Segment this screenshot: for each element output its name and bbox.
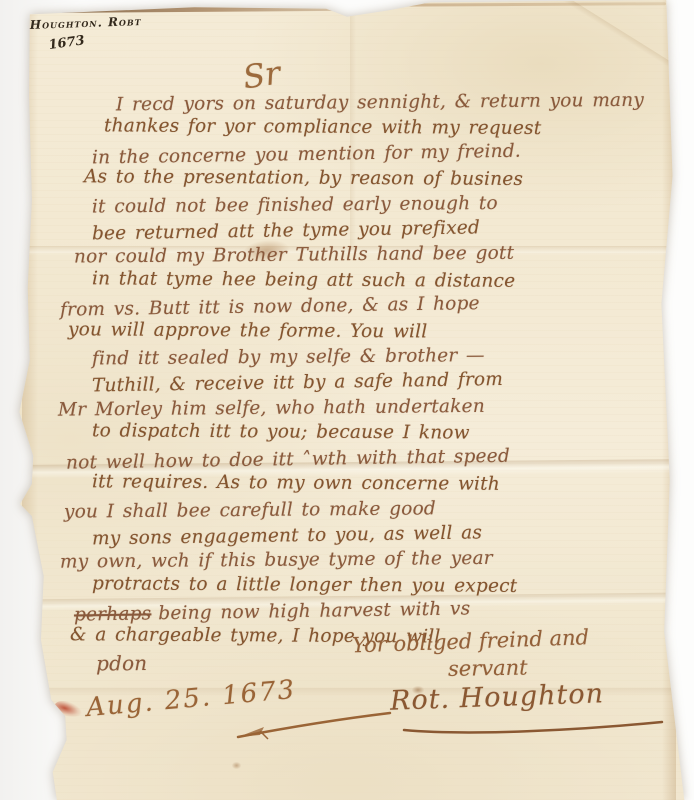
signature: Rot. Houghton bbox=[390, 676, 663, 716]
torn-top-edge-dark bbox=[26, 6, 338, 13]
closing-line-1: Yor obliged freind and bbox=[352, 623, 663, 658]
letter-line-rest: being now high harvest with vs bbox=[158, 598, 470, 624]
letter-body: I recd yors on saturday sennight, & retu… bbox=[58, 90, 654, 674]
letter-line: itt requires. As to my own concerne with bbox=[92, 469, 654, 498]
date-line: Aug. 25. 1673 bbox=[85, 675, 297, 723]
left-edge-shading bbox=[22, 0, 38, 800]
wax-seal-mark bbox=[52, 698, 85, 722]
letter-line: As to the presentation, by reason of bus… bbox=[84, 164, 654, 193]
closing-block: Yor obliged freind and servant Rot. Houg… bbox=[352, 628, 662, 712]
signature-flourish bbox=[400, 716, 670, 740]
paper-shadow-wrap: Houghton. Robt 1673 Sr I recd yors on sa… bbox=[0, 0, 694, 800]
torn-top-edge-light bbox=[368, 2, 666, 7]
right-edge-shading bbox=[662, 0, 676, 800]
letter-paper: Houghton. Robt 1673 Sr I recd yors on sa… bbox=[0, 0, 694, 800]
letter-scan: Houghton. Robt 1673 Sr I recd yors on sa… bbox=[0, 0, 694, 800]
ink-speck bbox=[232, 762, 241, 769]
archival-note: Houghton. Robt 1673 bbox=[29, 14, 142, 49]
